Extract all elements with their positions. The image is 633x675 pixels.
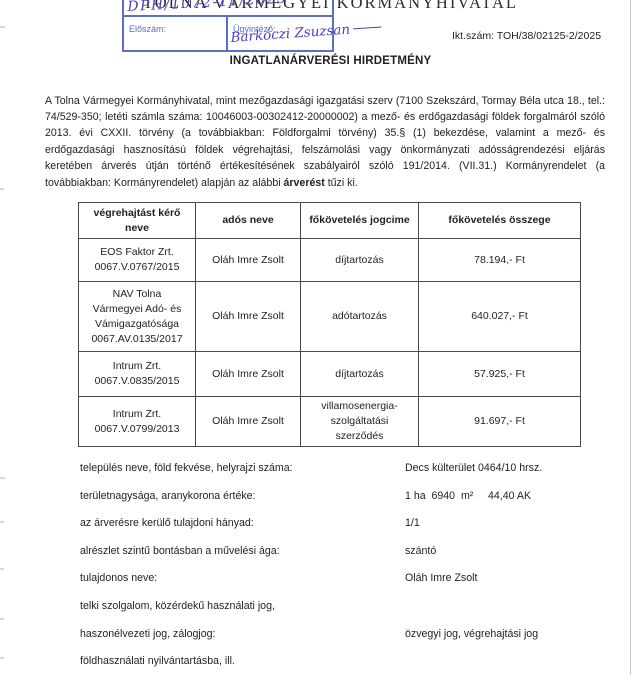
debtor-cell: Oláh Imre Zsolt xyxy=(196,397,301,447)
table-header-row: végrehajtást kérő neve adós neve főkövet… xyxy=(79,203,581,239)
scan-speck xyxy=(0,521,4,523)
detail-label: területnagysága, aranykorona értéke: xyxy=(80,490,405,502)
table-row: EOS Faktor Zrt. 0067.V.0767/2015 Oláh Im… xyxy=(79,239,581,282)
detail-label: tulajdonos neve: xyxy=(80,572,405,584)
detail-row: területnagysága, aranykorona értéke: 1 h… xyxy=(80,490,613,518)
scan-speck xyxy=(0,477,5,479)
detail-value: 1/1 xyxy=(405,517,613,529)
table-row: Intrum Zrt. 0067.V.0835/2015 Oláh Imre Z… xyxy=(79,352,581,397)
scan-edge-artifact xyxy=(630,0,631,675)
detail-row: település neve, föld fekvése, helyrajzi … xyxy=(80,462,613,490)
detail-row: telki szolgalom, közérdekű használati jo… xyxy=(80,600,613,628)
amount-cell: 78.194,- Ft xyxy=(419,239,581,282)
detail-label: telki szolgalom, közérdekű használati jo… xyxy=(80,600,405,612)
document-page: TOLNA VÁRMEGYEI KORMÁNYHIVATAL Előszám: … xyxy=(0,0,633,675)
claim-title-cell: villamosenergia- szolgáltatási szerződés xyxy=(301,397,419,447)
detail-label: település neve, föld fekvése, helyrajzi … xyxy=(80,462,405,474)
detail-value: Decs külterület 0464/10 hrsz. xyxy=(405,462,613,474)
detail-label: földhasználati nyilvántartásba, ill. xyxy=(80,655,405,667)
scan-speck xyxy=(0,657,4,659)
scan-speck xyxy=(0,188,4,190)
detail-row: az árverésre kerülő tulajdoni hányad: 1/… xyxy=(80,517,613,545)
detail-value: Oláh Imre Zsolt xyxy=(405,572,613,584)
table-row: Intrum Zrt. 0067.V.0799/2013 Oláh Imre Z… xyxy=(79,397,581,447)
amount-cell: 57.925,- Ft xyxy=(419,352,581,397)
header-debtor: adós neve xyxy=(196,203,301,239)
detail-label: haszonélvezeti jog, zálogjog: xyxy=(80,628,405,640)
amount-cell: 91.697,- Ft xyxy=(419,397,581,447)
detail-row: tulajdonos neve: Oláh Imre Zsolt xyxy=(80,572,613,600)
debtor-cell: Oláh Imre Zsolt xyxy=(196,352,301,397)
detail-row: alrészlet szintű bontásban a művelési ág… xyxy=(80,545,613,573)
amount-cell: 640.027,- Ft xyxy=(419,282,581,352)
document-number: Ikt.szám: TOH/38/02125-2/2025 xyxy=(452,30,601,42)
scan-speck xyxy=(0,568,4,570)
detail-value: szántó xyxy=(405,545,613,557)
creditor-cell: Intrum Zrt. 0067.V.0799/2013 xyxy=(79,397,196,447)
scan-speck xyxy=(0,26,5,28)
detail-label: az árverésre kerülő tulajdoni hányad: xyxy=(80,517,405,529)
header-claim-title: főkövetelés jogcime xyxy=(301,203,419,239)
creditor-cell: Intrum Zrt. 0067.V.0835/2015 xyxy=(79,352,196,397)
document-title: INGATLANÁRVERÉSI HIRDETMÉNY xyxy=(14,55,633,67)
creditor-cell: NAV Tolna Vármegyei Adó- és Vámigazgatós… xyxy=(79,282,196,352)
claim-title-cell: adótartozás xyxy=(301,282,419,352)
intro-bold-word: árverést xyxy=(284,177,325,189)
debtor-cell: Oláh Imre Zsolt xyxy=(196,239,301,282)
eloszam-label: Előszám: xyxy=(129,24,166,34)
detail-value: 1 ha 6940 m² 44,40 AK xyxy=(405,490,613,502)
creditor-cell: EOS Faktor Zrt. 0067.V.0767/2015 xyxy=(79,239,196,282)
intro-part1: A Tolna Vármegyei Kormányhivatal, mint m… xyxy=(45,95,605,189)
detail-row: földhasználati nyilvántartásba, ill. xyxy=(80,655,613,675)
header-amount: főkövetelés összege xyxy=(419,203,581,239)
table-row: NAV Tolna Vármegyei Adó- és Vámigazgatós… xyxy=(79,282,581,352)
claims-table: végrehajtást kérő neve adós neve főkövet… xyxy=(78,202,581,447)
detail-value: özvegyi jog, végrehajtási jog xyxy=(405,628,613,640)
stamp-eloszam-cell: Előszám: xyxy=(124,17,228,50)
claim-title-cell: díjtartozás xyxy=(301,239,419,282)
property-details: település neve, föld fekvése, helyrajzi … xyxy=(80,462,613,675)
detail-label: alrészlet szintű bontásban a művelési ág… xyxy=(80,545,405,557)
detail-row: haszonélvezeti jog, zálogjog: özvegyi jo… xyxy=(80,628,613,656)
intro-part2: tűzi ki. xyxy=(328,177,358,189)
claim-title-cell: díjtartozás xyxy=(301,352,419,397)
intro-paragraph: A Tolna Vármegyei Kormányhivatal, mint m… xyxy=(45,93,605,191)
scan-speck xyxy=(0,618,4,620)
debtor-cell: Oláh Imre Zsolt xyxy=(196,282,301,352)
header-creditor: végrehajtást kérő neve xyxy=(79,203,196,239)
